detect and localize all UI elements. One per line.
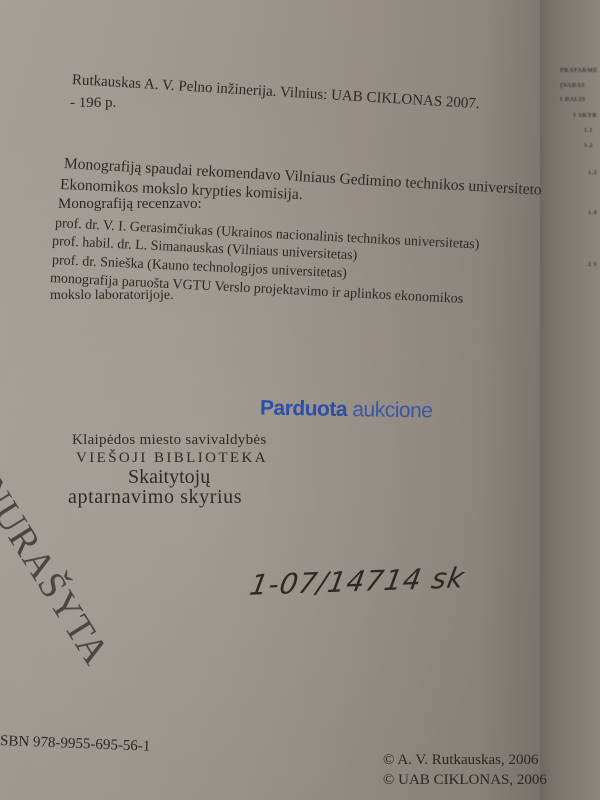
- library-stamp: Klaipėdos miesto savivaldybės VIEŠOJI BI…: [72, 432, 267, 509]
- copyright-page: PRATARMĖ ĮVADAS I DALIS 1 SKYR 1.1 1.2 1…: [0, 0, 600, 800]
- page-count: - 196 p.: [70, 95, 116, 112]
- sold-stamp-rest: aukcione: [347, 398, 433, 422]
- library-stamp-line: VIEŠOJI BIBLIOTEKA: [76, 450, 271, 467]
- preparation-note: mokslo laboratorijoje.: [50, 288, 174, 304]
- copyright-line: © A. V. Rutkauskas, 2006: [383, 752, 538, 769]
- isbn: SBN 978-9955-695-56-1: [0, 733, 151, 756]
- copyright-line: © UAB CIKLONAS, 2006: [383, 772, 547, 789]
- toc-line: 1.4: [588, 210, 597, 216]
- library-stamp-line: Klaipėdos miesto savivaldybės: [72, 432, 267, 449]
- reviewers-heading: Monografiją recenzavo:: [58, 196, 202, 213]
- sold-at-auction-stamp: Parduota aukcione: [260, 396, 433, 423]
- facing-page-edge: PRATARMĖ ĮVADAS I DALIS 1 SKYR 1.1 1.2 1…: [540, 0, 600, 800]
- sold-stamp-bold: Parduota: [260, 396, 347, 421]
- toc-line: PRATARMĖ: [560, 68, 598, 74]
- toc-line: I DALIS: [560, 97, 586, 103]
- toc-line: 1 SKYR: [573, 113, 597, 119]
- toc-line: ĮVADAS: [560, 83, 585, 89]
- handwritten-inventory-number: 1-07/14714 sk: [247, 561, 467, 602]
- toc-line: 2 S: [588, 262, 597, 268]
- library-stamp-line: aptarnavimo skyrius: [68, 486, 263, 509]
- toc-line: 1.3: [588, 170, 597, 176]
- bibliographic-citation: Rutkauskas A. V. Pelno inžinerija. Vilni…: [71, 72, 480, 113]
- toc-line: 1.1: [584, 128, 593, 134]
- toc-line: 1.2: [584, 143, 593, 149]
